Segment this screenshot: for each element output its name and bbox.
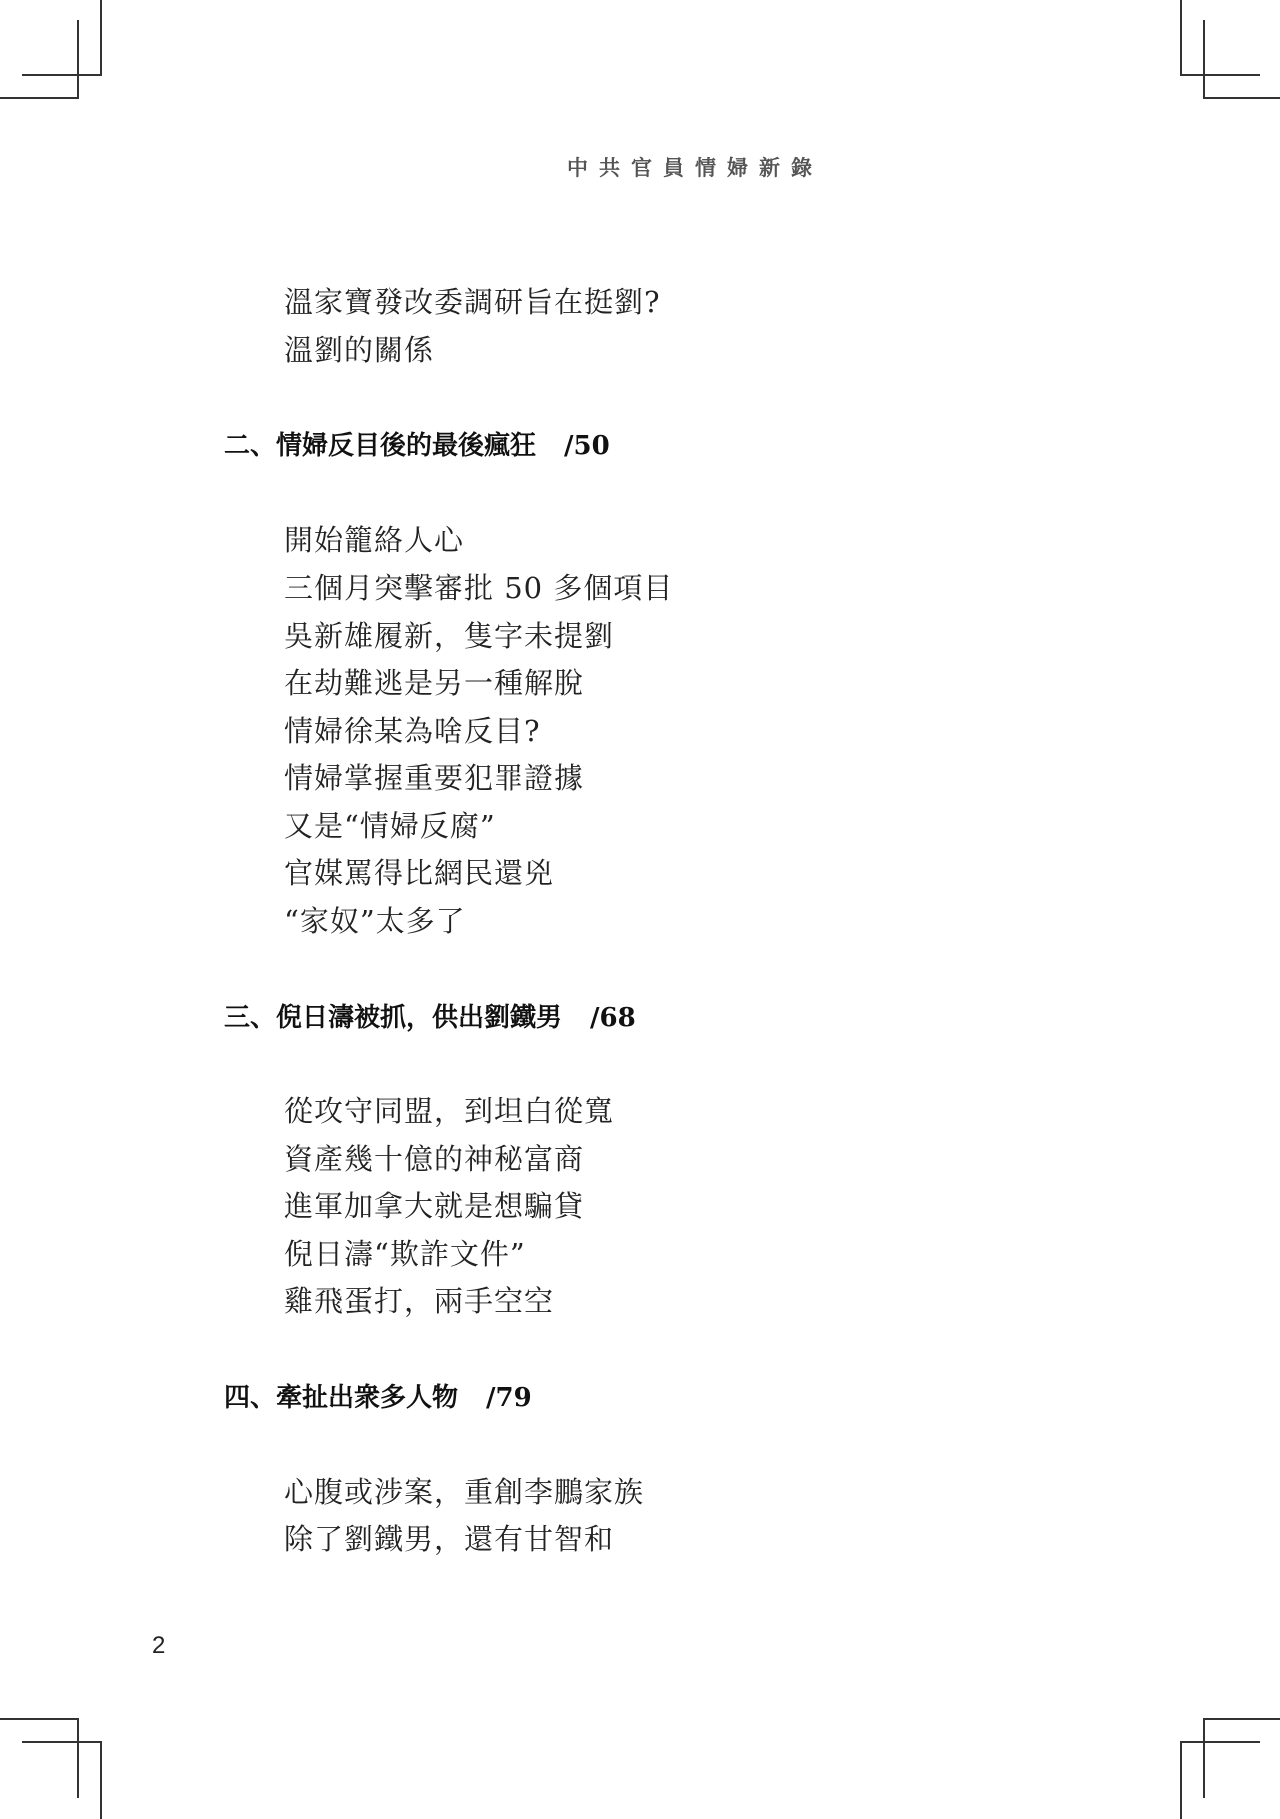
crop-mark-bottom-left-v2 [100, 1741, 102, 1819]
crop-mark-top-right-h2 [1203, 97, 1280, 99]
toc-line: 從攻守同盟，到坦白從寬 [284, 1094, 614, 1128]
toc-line: “家奴”太多了 [284, 904, 466, 938]
toc-line: 官媒罵得比網民還兇 [284, 856, 554, 890]
toc-line: 情婦徐某為啥反目? [284, 714, 541, 748]
running-head: 中共官員情婦新錄 [0, 152, 1280, 182]
section-title: 四、牽扯出衆多人物 [224, 1383, 458, 1413]
crop-mark-bottom-left-v1 [77, 1718, 79, 1798]
crop-mark-bottom-left-h2 [22, 1741, 102, 1743]
crop-mark-bottom-right-h2 [1180, 1741, 1260, 1743]
toc-line: 進軍加拿大就是想騙貸 [284, 1189, 584, 1223]
page-number: 2 [152, 1632, 165, 1660]
crop-mark-bottom-right-v1 [1203, 1718, 1205, 1798]
section-page: /68 [590, 1003, 636, 1033]
section-title: 二、情婦反目後的最後瘋狂 [224, 431, 536, 461]
crop-mark-top-left-h2 [22, 74, 102, 76]
toc-line: 吳新雄履新，隻字未提劉 [284, 619, 614, 653]
crop-mark-top-right-h1 [1180, 74, 1260, 76]
crop-mark-top-left-v2 [100, 0, 102, 76]
section-title: 三、倪日濤被抓，供出劉鐵男 [224, 1003, 562, 1033]
crop-mark-top-right-v1 [1180, 0, 1182, 76]
crop-mark-bottom-right-v2 [1180, 1741, 1182, 1819]
toc-line: 倪日濤“欺詐文件” [284, 1237, 526, 1271]
crop-mark-top-right-v2 [1203, 20, 1205, 99]
toc-line: 情婦掌握重要犯罪證據 [284, 761, 584, 795]
toc-line: 心腹或涉案，重創李鵬家族 [284, 1475, 644, 1509]
section-page: /50 [564, 431, 610, 461]
toc-line: 溫家寶發改委調研旨在挺劉? [284, 285, 661, 319]
section-heading: 三、倪日濤被抓，供出劉鐵男/68 [224, 1002, 636, 1034]
crop-mark-top-left-v1 [77, 20, 79, 99]
section-page: /79 [486, 1383, 532, 1413]
toc-line: 溫劉的關係 [284, 333, 434, 367]
section-heading: 二、情婦反目後的最後瘋狂/50 [224, 430, 610, 462]
crop-mark-bottom-left-h1 [0, 1718, 78, 1720]
crop-mark-top-left-h1 [0, 97, 78, 99]
section-heading: 四、牽扯出衆多人物/79 [224, 1382, 532, 1414]
toc-line: 雞飛蛋打，兩手空空 [284, 1284, 554, 1318]
toc-line: 開始籠絡人心 [284, 523, 464, 557]
toc-line: 又是“情婦反腐” [284, 809, 496, 843]
toc-line: 除了劉鐵男，還有甘智和 [284, 1522, 614, 1556]
toc-line: 資產幾十億的神秘富商 [284, 1142, 584, 1176]
crop-mark-bottom-right-h1 [1203, 1718, 1280, 1720]
toc-line: 三個月突擊審批 50 多個項目 [284, 571, 673, 605]
toc-line: 在劫難逃是另一種解脫 [284, 666, 584, 700]
